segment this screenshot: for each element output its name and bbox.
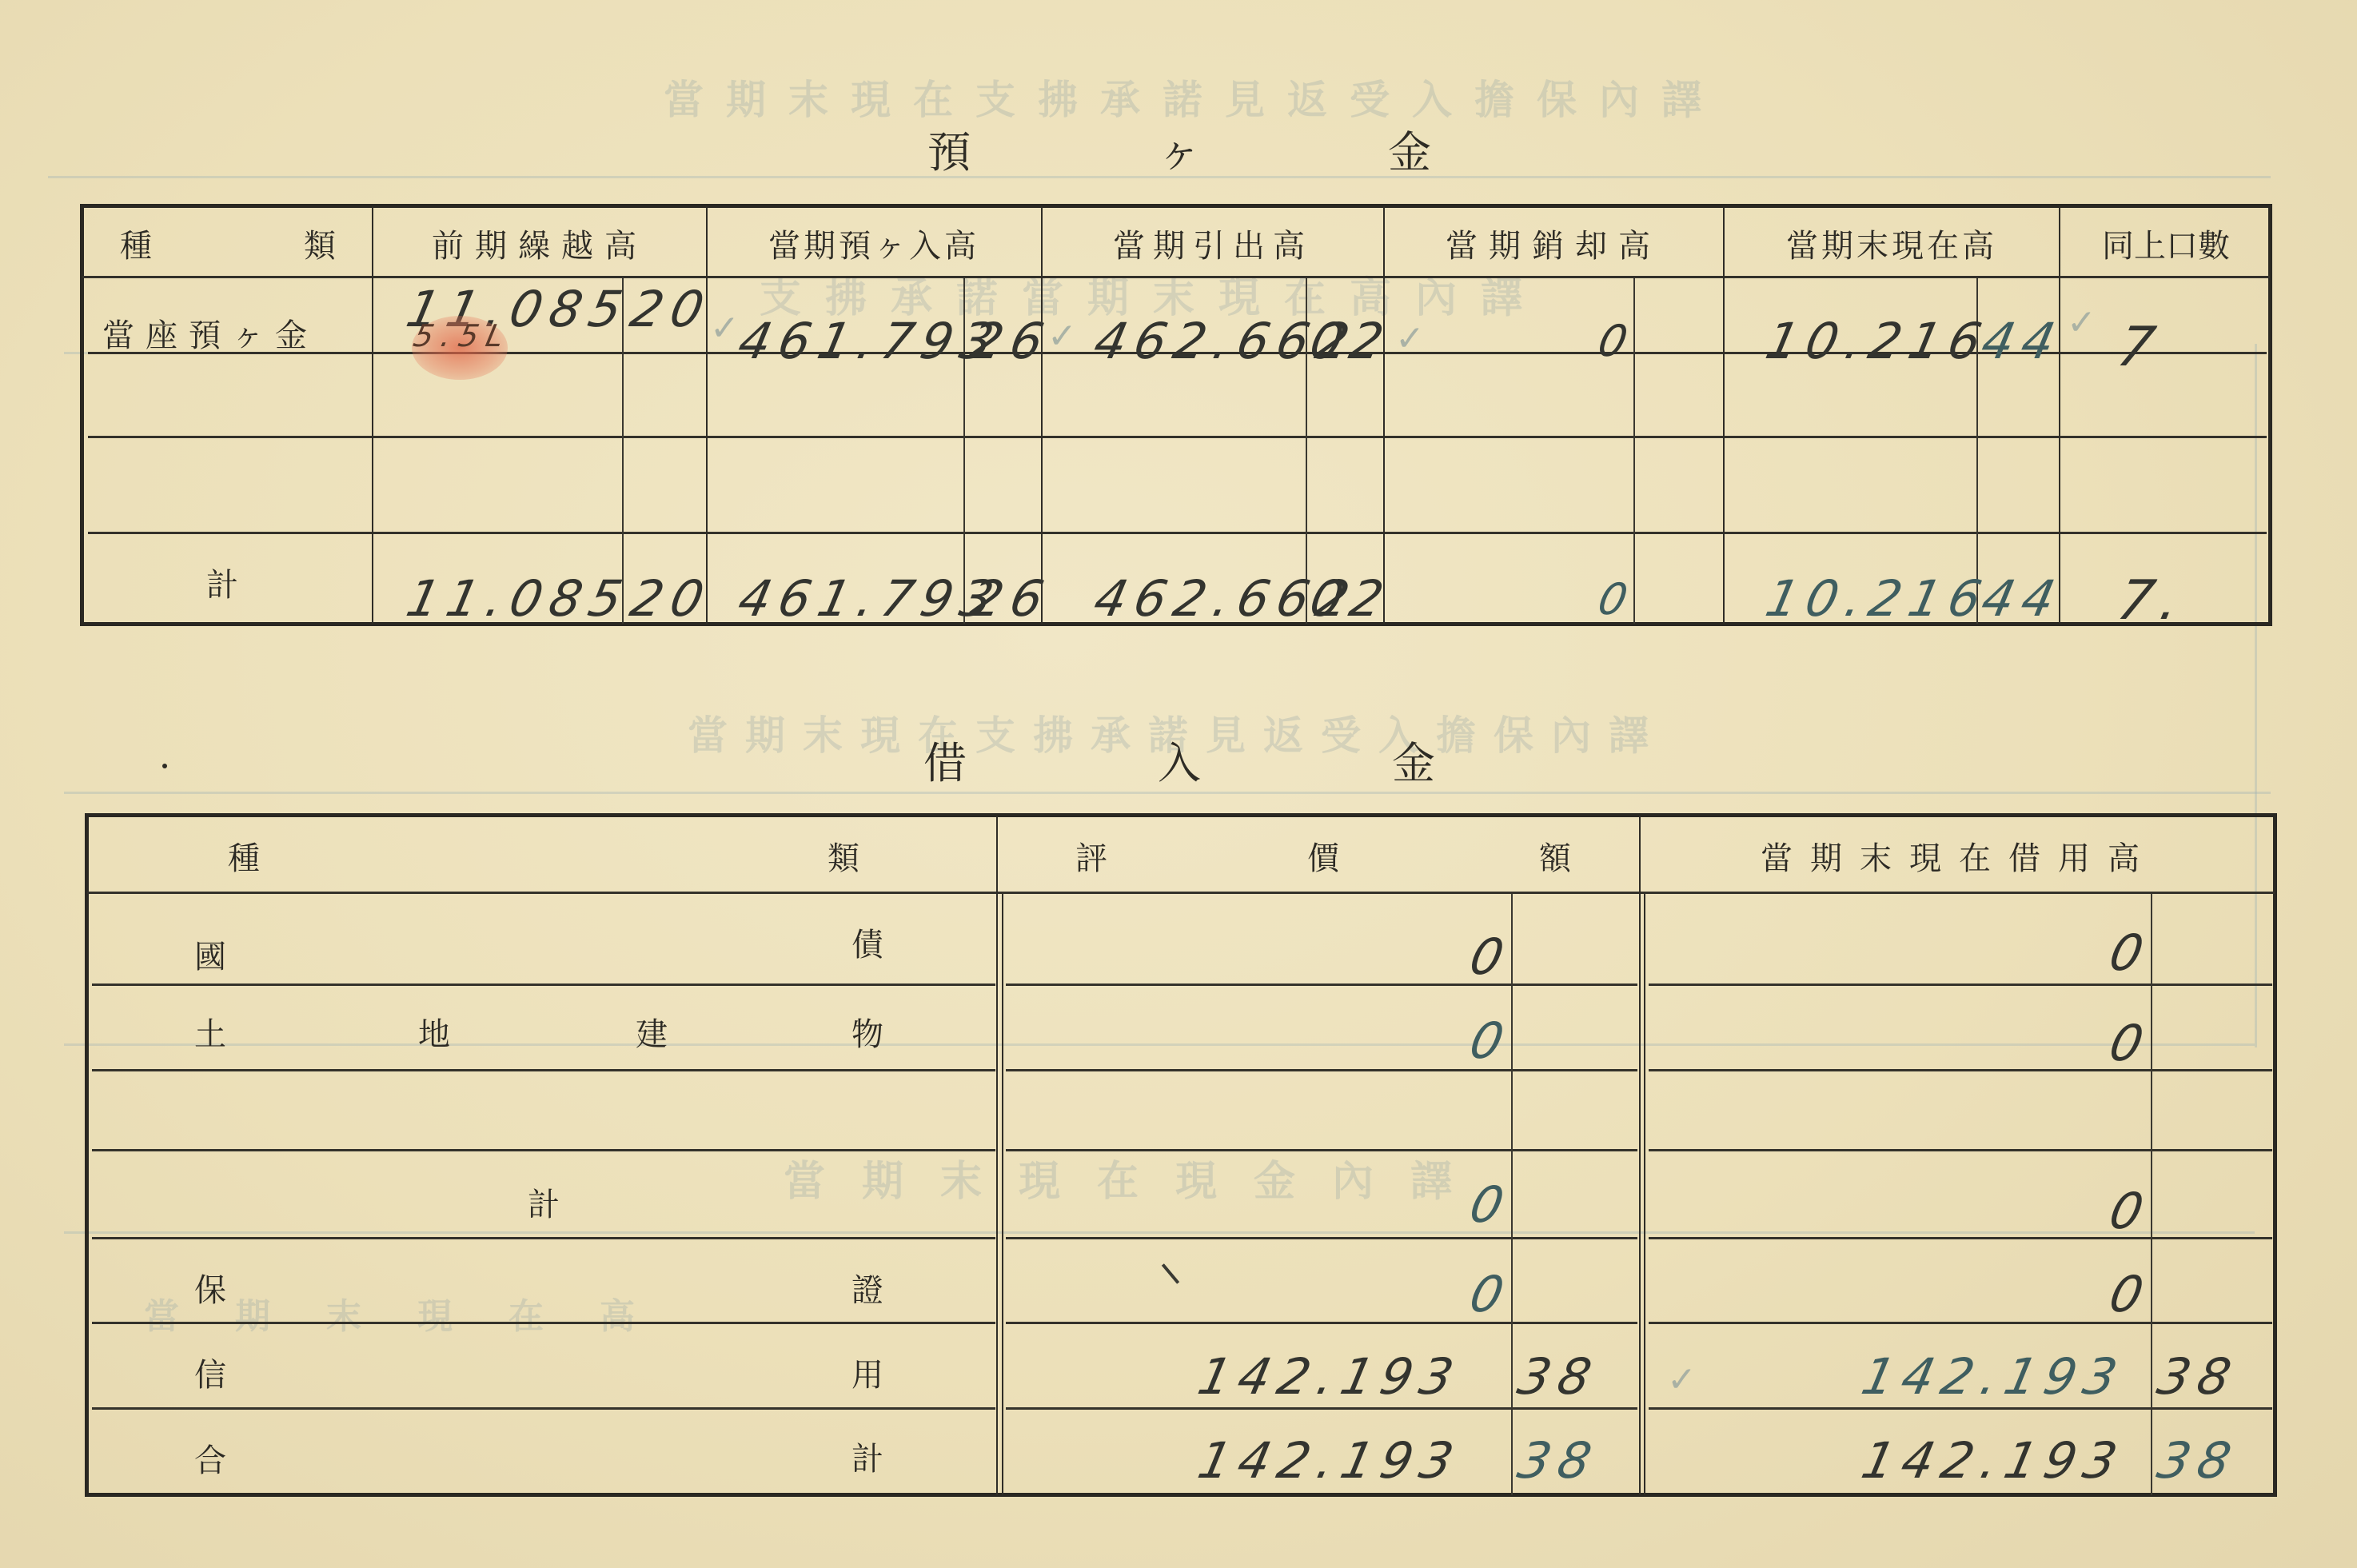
- borrowed-credit-sen: 38: [2152, 1347, 2243, 1406]
- row-label-credit-2: 用: [851, 1350, 883, 1395]
- header-text: 前期繰越高: [432, 221, 648, 266]
- borrowings-title-char: 金: [1392, 729, 1435, 791]
- row-label-total-2: 計: [851, 1434, 883, 1479]
- borrowings-row-rule: [1006, 1149, 1637, 1151]
- valuation-total-yen: 142.193: [1193, 1431, 1466, 1490]
- deposits-header-type: 種 類: [120, 214, 336, 272]
- deposits-row-rule: [88, 532, 2267, 534]
- header-char: 評: [1075, 833, 1107, 879]
- deposits-title-char: 預: [927, 118, 971, 180]
- deposits-header-accounts: 同上口數: [2061, 214, 2271, 272]
- header-text: 當期銷却高: [1446, 221, 1661, 266]
- borrowings-row-rule: [1649, 1407, 2272, 1410]
- deposits-total-balance-yen: 10.216: [1761, 569, 1994, 628]
- header-char: 類: [828, 833, 859, 879]
- borrowings-header-borrowed: 當期末現在借用高: [1647, 824, 2271, 888]
- borrowings-row-rule: [1006, 1237, 1637, 1239]
- borrowings-title: 借 入 金: [923, 729, 1435, 791]
- borrowings-row-rule: [1006, 1322, 1637, 1324]
- borrowings-row-rule: [92, 1149, 995, 1151]
- row-label-national-bonds-1: 國: [194, 932, 226, 977]
- deposits-row-rule: [88, 436, 2267, 438]
- borrowings-col-rule: [1644, 894, 1645, 1495]
- deposits-col-rule: [1041, 206, 1043, 624]
- borrowings-row-rule: [92, 1322, 995, 1324]
- row-label-land-4: 物: [851, 1009, 883, 1055]
- row-label-land-2: 地: [418, 1009, 450, 1055]
- ghost-rule: [64, 792, 2271, 794]
- borrowings-row-rule: [92, 1237, 995, 1239]
- header-char: 額: [1539, 833, 1571, 879]
- deposits-col-rule: [706, 206, 708, 624]
- deposits-total-carried-forward-yen: 11.085: [401, 569, 635, 628]
- tick-mark: ✓: [710, 308, 740, 349]
- borrowings-col-rule: [1639, 816, 1641, 1495]
- ghost-print-top: 當期末現在支拂承諾見返受入擔保內譯: [664, 68, 1724, 126]
- header-text: 同上口數: [2102, 221, 2230, 266]
- row-label-land-1: 土: [194, 1009, 226, 1055]
- row-label-guarantee-2: 證: [851, 1265, 883, 1311]
- row-label-subtotal: 計: [528, 1179, 560, 1225]
- deposits-header-carried-forward: 前期繰越高: [374, 214, 705, 272]
- borrowings-row-rule: [1649, 1322, 2272, 1324]
- borrowings-row-rule: [1649, 983, 2272, 986]
- row-label-national-bonds-2: 債: [851, 920, 883, 965]
- deposits-row-type: 當座預ヶ金: [102, 310, 318, 356]
- deposits-total-deposited-yen: 461.793: [733, 569, 1007, 628]
- deposits-total-carried-forward-sen: 20: [625, 569, 716, 628]
- header-text: 當期末現在借用高: [1761, 833, 2157, 879]
- deposits-balance-yen: 10.216: [1761, 312, 1994, 370]
- deposits-deposited-sen: 26: [965, 312, 1056, 370]
- borrowings-row-rule: [92, 1407, 995, 1410]
- borrowings-title-char: 借: [923, 729, 967, 791]
- header-char: 價: [1307, 833, 1339, 879]
- borrowings-header-rule: [87, 892, 2275, 894]
- borrowings-col-rule: [1002, 894, 1003, 1495]
- header-text: 當期引出高: [1113, 221, 1313, 266]
- tick-mark: ✓: [1395, 318, 1425, 359]
- tick-mark: ✓: [1047, 316, 1077, 357]
- deposits-total-balance-sen: 44: [1976, 569, 2068, 628]
- deposits-col-rule: [1723, 206, 1725, 624]
- deposits-header-balance: 當期末現在高: [1725, 214, 2058, 272]
- row-label-total-1: 合: [194, 1435, 226, 1481]
- borrowed-total-sen: 38: [2152, 1431, 2243, 1490]
- header-char: 種: [120, 221, 152, 266]
- deposits-header-written-off: 當期銷却高: [1386, 214, 1721, 272]
- deposits-total-accounts: 7.: [2112, 569, 2194, 632]
- deposits-col-rule: [2059, 206, 2060, 624]
- header-char: 類: [304, 221, 336, 266]
- borrowings-col-rule: [996, 816, 998, 1495]
- deposits-balance-sen: 44: [1976, 312, 2068, 370]
- row-label-credit-1: 信: [194, 1350, 226, 1395]
- deposits-carried-forward-sen: 20: [625, 280, 716, 338]
- borrowed-total-yen: 142.193: [1856, 1431, 2130, 1490]
- borrowings-row-rule: [1006, 1407, 1637, 1410]
- header-char: 種: [228, 833, 260, 879]
- valuation-credit-yen: 142.193: [1193, 1347, 1466, 1406]
- borrowings-row-rule: [1006, 983, 1637, 986]
- borrowings-title-char: 入: [1158, 729, 1201, 791]
- tick-mark: ✓: [1667, 1359, 1697, 1400]
- deposits-header-rule: [82, 276, 2270, 278]
- header-text: 當期預ヶ入高: [768, 221, 979, 266]
- deposits-title-char: ヶ: [1158, 118, 1201, 180]
- borrowings-header-type: 種 類: [228, 824, 859, 888]
- deposits-title: 預 ヶ 金: [927, 118, 1431, 180]
- tick-mark: ✓: [2067, 302, 2096, 343]
- deposits-deposited-yen: 461.793: [733, 312, 1007, 370]
- deposits-header-deposited: 當期預ヶ入高: [708, 214, 1039, 272]
- borrowings-header-valuation: 評 價 額: [1075, 824, 1571, 888]
- valuation-total-sen: 38: [1513, 1431, 1604, 1490]
- deposits-withdrawn-sen: 02: [1305, 312, 1396, 370]
- deposits-header-withdrawn: 當期引出高: [1043, 214, 1382, 272]
- deposits-total-label: 計: [206, 560, 238, 605]
- borrowings-row-rule: [92, 983, 995, 986]
- deposits-stamp-note: 5.5L: [410, 318, 515, 353]
- borrowings-row-rule: [1649, 1069, 2272, 1071]
- borrowings-row-rule: [1649, 1237, 2272, 1239]
- deposits-col-rule: [1383, 206, 1385, 624]
- deposits-title-char: 金: [1388, 118, 1431, 180]
- borrowed-credit-yen: 142.193: [1856, 1347, 2130, 1406]
- header-text: 當期末現在高: [1786, 221, 1997, 266]
- borrowings-row-rule: [1649, 1149, 2272, 1151]
- row-label-land-3: 建: [636, 1009, 668, 1055]
- deposits-total-withdrawn-sen: 02: [1305, 569, 1396, 628]
- row-label-guarantee-1: 保: [194, 1265, 226, 1311]
- borrowings-row-rule: [1006, 1069, 1637, 1071]
- stray-dot: [162, 764, 167, 768]
- deposits-total-deposited-sen: 26: [965, 569, 1056, 628]
- deposits-col-rule: [372, 206, 373, 624]
- valuation-credit-sen: 38: [1513, 1347, 1604, 1406]
- borrowings-row-rule: [92, 1069, 995, 1071]
